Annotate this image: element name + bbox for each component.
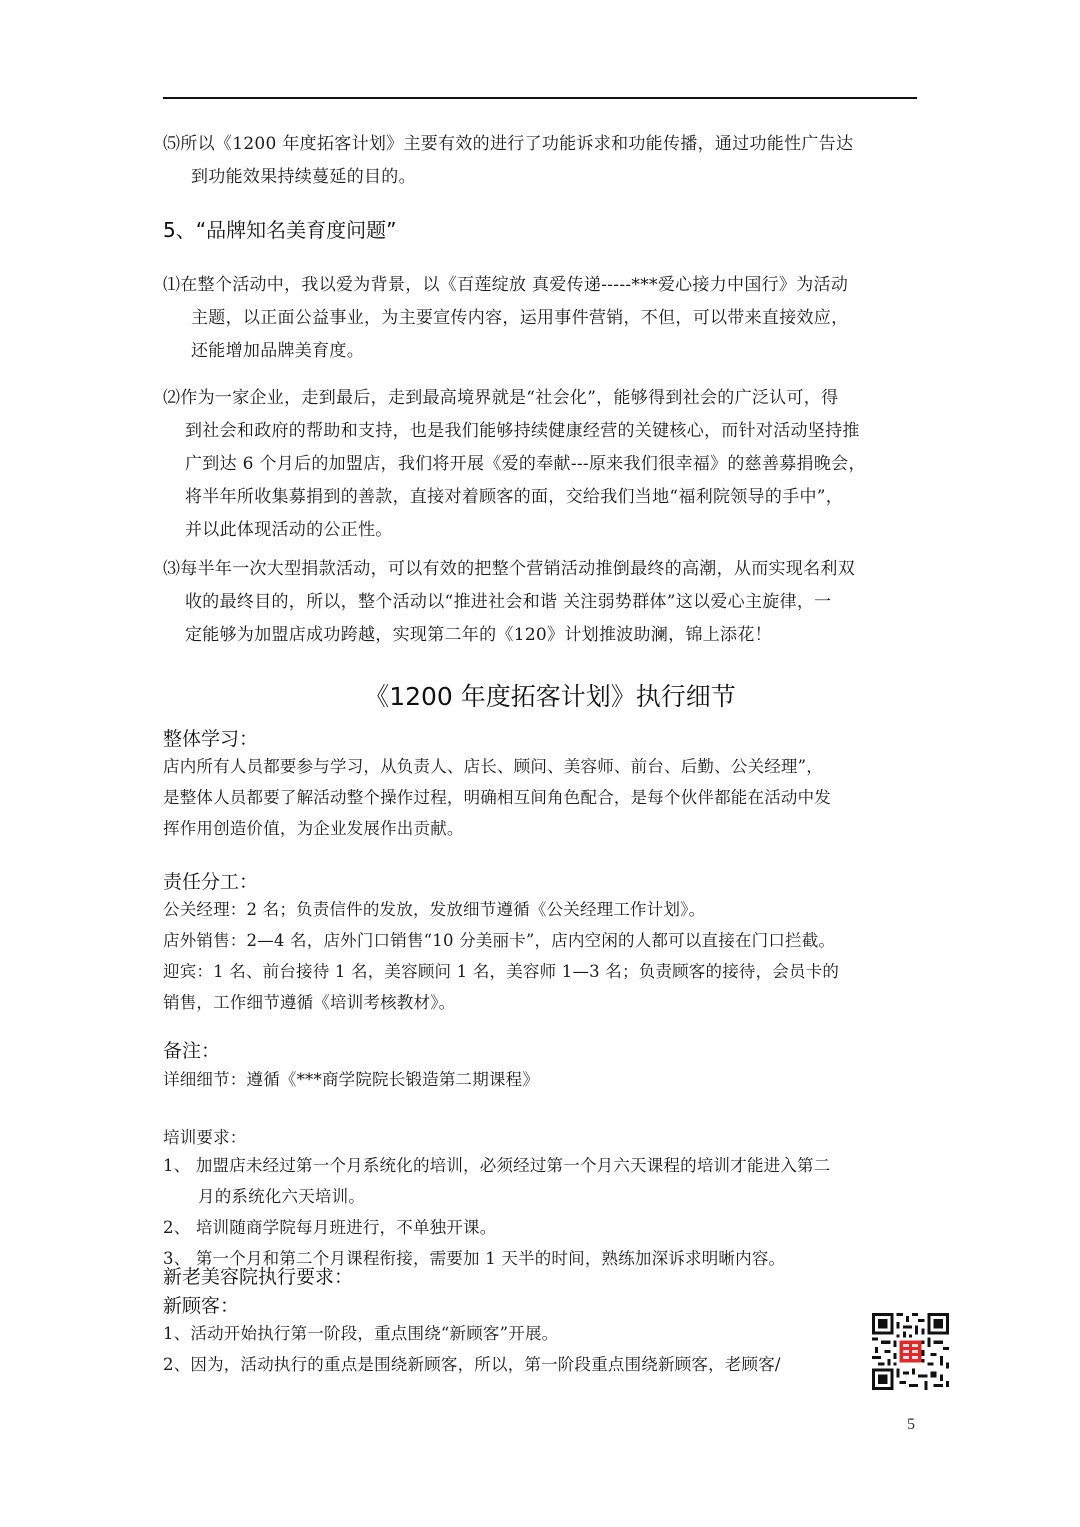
text-line: 店内所有人员都要参与学习，从负责人、店长、顾问、美容师、前台、后勤、公关经理”， xyxy=(163,751,919,782)
text-line: 店外销售：2—4 名，店外门口销售“10 分美丽卡”，店内空闲的人都可以直接在门… xyxy=(163,925,919,956)
header-rule xyxy=(163,97,917,99)
paragraph-item-3: ⑶每半年一次大型捐款活动，可以有效的把整个营销活动推倒最终的高潮，从而实现名利双… xyxy=(163,553,919,652)
text-line: ⑸所以《1200 年度拓客计划》主要有效的进行了功能诉求和功能传播，通过功能性广… xyxy=(163,128,919,161)
text-line: 并以此体现活动的公正性。 xyxy=(163,514,919,547)
remarks-detail: 详细细节：遵循《***商学院院长锻造第二期课程》 xyxy=(163,1064,919,1095)
new-customers-list: 1、活动开始执行第一阶段，重点围绕“新顾客”开展。 2、因为，活动执行的重点是围… xyxy=(163,1318,883,1380)
responsibility-heading: 责任分工： xyxy=(163,868,919,896)
text-line: ⑴在整个活动中，我以爱为背景，以《百莲绽放 真爱传递-----***爱心接力中国… xyxy=(163,269,919,302)
text-line: 收的最终目的，所以，整个活动以“推进社会和谐 关注弱势群体”这以爱心主旋律，一 xyxy=(163,586,919,619)
overall-study-body: 店内所有人员都要参与学习，从负责人、店长、顾问、美容师、前台、后勤、公关经理”，… xyxy=(163,751,919,844)
text-line: 公关经理：2 名；负责信件的发放，发放细节遵循《公关经理工作计划》。 xyxy=(163,894,919,925)
text-line: 将半年所收集募捐到的善款，直接对着顾客的面，交给我们当地“福利院领导的手中”， xyxy=(163,481,919,514)
overall-study-heading: 整体学习： xyxy=(163,725,919,753)
execution-title: 《1200 年度拓客计划》执行细节 xyxy=(160,680,940,714)
qr-code-icon[interactable] xyxy=(872,1313,949,1390)
section-heading: 5、“品牌知名美育度问题” xyxy=(163,216,919,244)
text-line: 主题，以正面公益事业，为主要宣传内容，运用事件营销，不但，可以带来直接效应， xyxy=(163,302,919,335)
text-line: ⑶每半年一次大型捐款活动，可以有效的把整个营销活动推倒最终的高潮，从而实现名利双 xyxy=(163,553,919,586)
list-item: 2、因为，活动执行的重点是围绕新顾客，所以，第一阶段重点围绕新顾客，老顾客/ xyxy=(163,1349,883,1380)
text-line: 到功能效果持续蔓延的目的。 xyxy=(163,161,919,194)
remarks-heading: 备注： xyxy=(163,1037,919,1065)
paragraph-item-5: ⑸所以《1200 年度拓客计划》主要有效的进行了功能诉求和功能传播，通过功能性广… xyxy=(163,128,919,194)
text-line: 挥作用创造价值，为企业发展作出贡献。 xyxy=(163,813,919,844)
text-line: ⑵作为一家企业，走到最后，走到最高境界就是“社会化”，能够得到社会的广泛认可，得 xyxy=(163,382,919,415)
text-line: 广到达 6 个月后的加盟店，我们将开展《爱的奉献---原来我们很幸福》的慈善募捐… xyxy=(163,448,919,481)
new-customers-heading: 新顾客： xyxy=(163,1292,919,1320)
text-line: 迎宾：1 名、前台接待 1 名，美容顾问 1 名，美容师 1—3 名；负责顾客的… xyxy=(163,956,919,987)
text-line: 还能增加品牌美育度。 xyxy=(163,335,919,368)
text-line: 定能够为加盟店成功跨越，实现第二年的《120》计划推波助澜，锦上添花！ xyxy=(163,619,919,652)
new-old-salon-heading: 新老美容院执行要求： xyxy=(163,1263,919,1291)
list-item-continuation: 月的系统化六天培训。 xyxy=(163,1181,919,1212)
text-line: 是整体人员都要了解活动整个操作过程，明确相互间角色配合，是每个伙伴都能在活动中发 xyxy=(163,782,919,813)
text-line: 销售，工作细节遵循《培训考核教材》。 xyxy=(163,987,919,1018)
paragraph-item-2: ⑵作为一家企业，走到最后，走到最高境界就是“社会化”，能够得到社会的广泛认可，得… xyxy=(163,382,919,547)
text-line: 到社会和政府的帮助和支持，也是我们能够持续健康经营的关键核心，而针对活动坚持推 xyxy=(163,415,919,448)
document-page: ⑸所以《1200 年度拓客计划》主要有效的进行了功能诉求和功能传播，通过功能性广… xyxy=(0,0,1080,1527)
training-heading: 培训要求： xyxy=(163,1122,919,1153)
list-item: 1、活动开始执行第一阶段，重点围绕“新顾客”开展。 xyxy=(163,1318,883,1349)
responsibility-body: 公关经理：2 名；负责信件的发放，发放细节遵循《公关经理工作计划》。 店外销售：… xyxy=(163,894,919,1018)
list-item: 1、 加盟店未经过第一个月系统化的培训，必须经过第一个月六天课程的培训才能进入第… xyxy=(163,1150,919,1181)
list-item: 2、 培训随商学院每月班进行，不单独开课。 xyxy=(163,1212,919,1243)
paragraph-item-1: ⑴在整个活动中，我以爱为背景，以《百莲绽放 真爱传递-----***爱心接力中国… xyxy=(163,269,919,368)
page-number: 5 xyxy=(907,1416,915,1434)
training-list: 1、 加盟店未经过第一个月系统化的培训，必须经过第一个月六天课程的培训才能进入第… xyxy=(163,1150,919,1274)
